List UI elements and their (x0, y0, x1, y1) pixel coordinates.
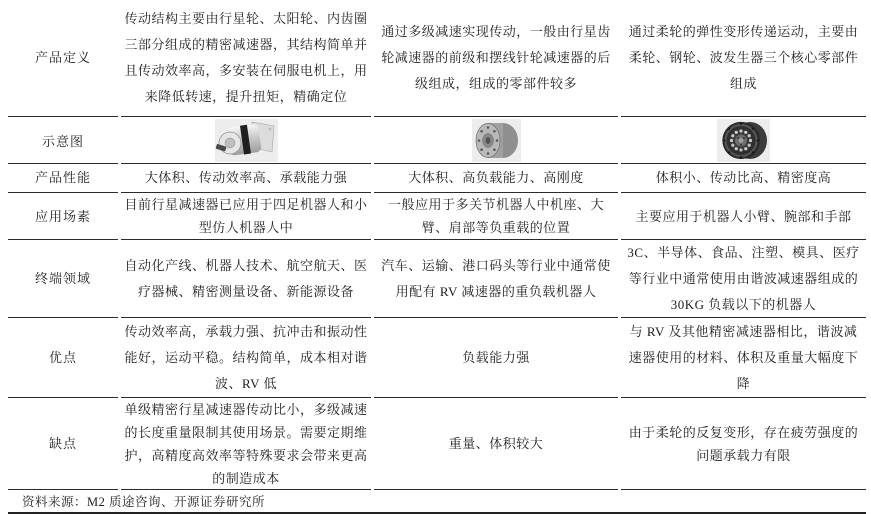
table-cell: 重量、体积较大 (374, 398, 618, 490)
table-cell (121, 117, 371, 164)
table-cell: 目前行星减速器已应用于四足机器人和小型仿人机器人中 (121, 193, 371, 240)
comparison-table: 产品定义 传动结构主要由行星轮、太阳轮、内齿圈三部分组成的精密减速器，其结构简单… (0, 0, 871, 514)
table-row-disadvantages: 缺点 单级精密行星减速器传动比小，多级减速的长度重量限制其使用场景。需要定期维护… (8, 398, 866, 490)
table-row-product-definition: 产品定义 传动结构主要由行星轮、太阳轮、内齿圈三部分组成的精密减速器，其结构简单… (8, 0, 866, 117)
row-label: 应用场素 (8, 193, 118, 240)
table-row-schematic: 示意图 (8, 117, 866, 164)
table-cell: 与 RV 及其他精密减速器相比，谐波减速器使用的材料、体积及重量大幅度下降 (621, 318, 866, 398)
table-cell (621, 117, 866, 164)
table-cell: 传动效率高，承载力强、抗冲击和振动性能好，运动平稳。结构简单，成本相对谐波、RV… (121, 318, 371, 398)
table-cell: 传动结构主要由行星轮、太阳轮、内齿圈三部分组成的精密减速器，其结构简单并且传动效… (121, 0, 371, 117)
table-cell: 3C、半导体、食品、注塑、模具、医疗等行业中通常使用由谐波减速器组成的 30KG… (621, 240, 866, 318)
table-row-end-markets: 终端领域 自动化产线、机器人技术、航空航天、医疗器械、精密测量设备、新能源设备 … (8, 240, 866, 318)
rv-reducer-image (472, 119, 521, 162)
table-cell: 大体积、高负载能力、高刚度 (374, 164, 618, 193)
harmonic-reducer-image (717, 119, 770, 162)
table-cell: 通过多级减速实现传动，一般由行星齿轮减速器的前级和摆线针轮减速器的后级组成，组成… (374, 0, 618, 117)
table-cell: 通过柔轮的弹性变形传递运动，主要由柔轮、钢轮、波发生器三个核心零部件组成 (621, 0, 866, 117)
row-label: 优点 (8, 318, 118, 398)
table-cell: 一般应用于多关节机器人中机座、大臂、肩部等负重载的位置 (374, 193, 618, 240)
table-cell: 大体积、传动效率高、承载能力强 (121, 164, 371, 193)
table-cell (374, 117, 618, 164)
row-label: 产品性能 (8, 164, 118, 193)
table-cell: 自动化产线、机器人技术、航空航天、医疗器械、精密测量设备、新能源设备 (121, 240, 371, 318)
table-cell: 汽车、运输、港口码头等行业中通常使用配有 RV 减速器的重负载机器人 (374, 240, 618, 318)
table-row-performance: 产品性能 大体积、传动效率高、承载能力强 大体积、高负载能力、高刚度 体积小、传… (8, 164, 866, 193)
table-cell: 体积小、传动比高、精密度高 (621, 164, 866, 193)
table-row-advantages: 优点 传动效率高，承载力强、抗冲击和振动性能好，运动平稳。结构简单，成本相对谐波… (8, 318, 866, 398)
row-label: 终端领域 (8, 240, 118, 318)
planetary-reducer-image (215, 119, 278, 162)
table-cell: 负载能力强 (374, 318, 618, 398)
row-label: 示意图 (8, 117, 118, 164)
row-label: 缺点 (8, 398, 118, 490)
row-label: 产品定义 (8, 0, 118, 117)
table-row-application: 应用场素 目前行星减速器已应用于四足机器人和小型仿人机器人中 一般应用于多关节机… (8, 193, 866, 240)
table-cell: 单级精密行星减速器传动比小，多级减速的长度重量限制其使用场景。需要定期维护，高精… (121, 398, 371, 490)
table-cell: 由于柔轮的反复变形，存在疲劳强度的问题承载力有限 (621, 398, 866, 490)
table-cell: 主要应用于机器人小臂、腕部和手部 (621, 193, 866, 240)
source-note: 资料来源：M2 质途咨询、开源证券研究所 (8, 490, 866, 514)
